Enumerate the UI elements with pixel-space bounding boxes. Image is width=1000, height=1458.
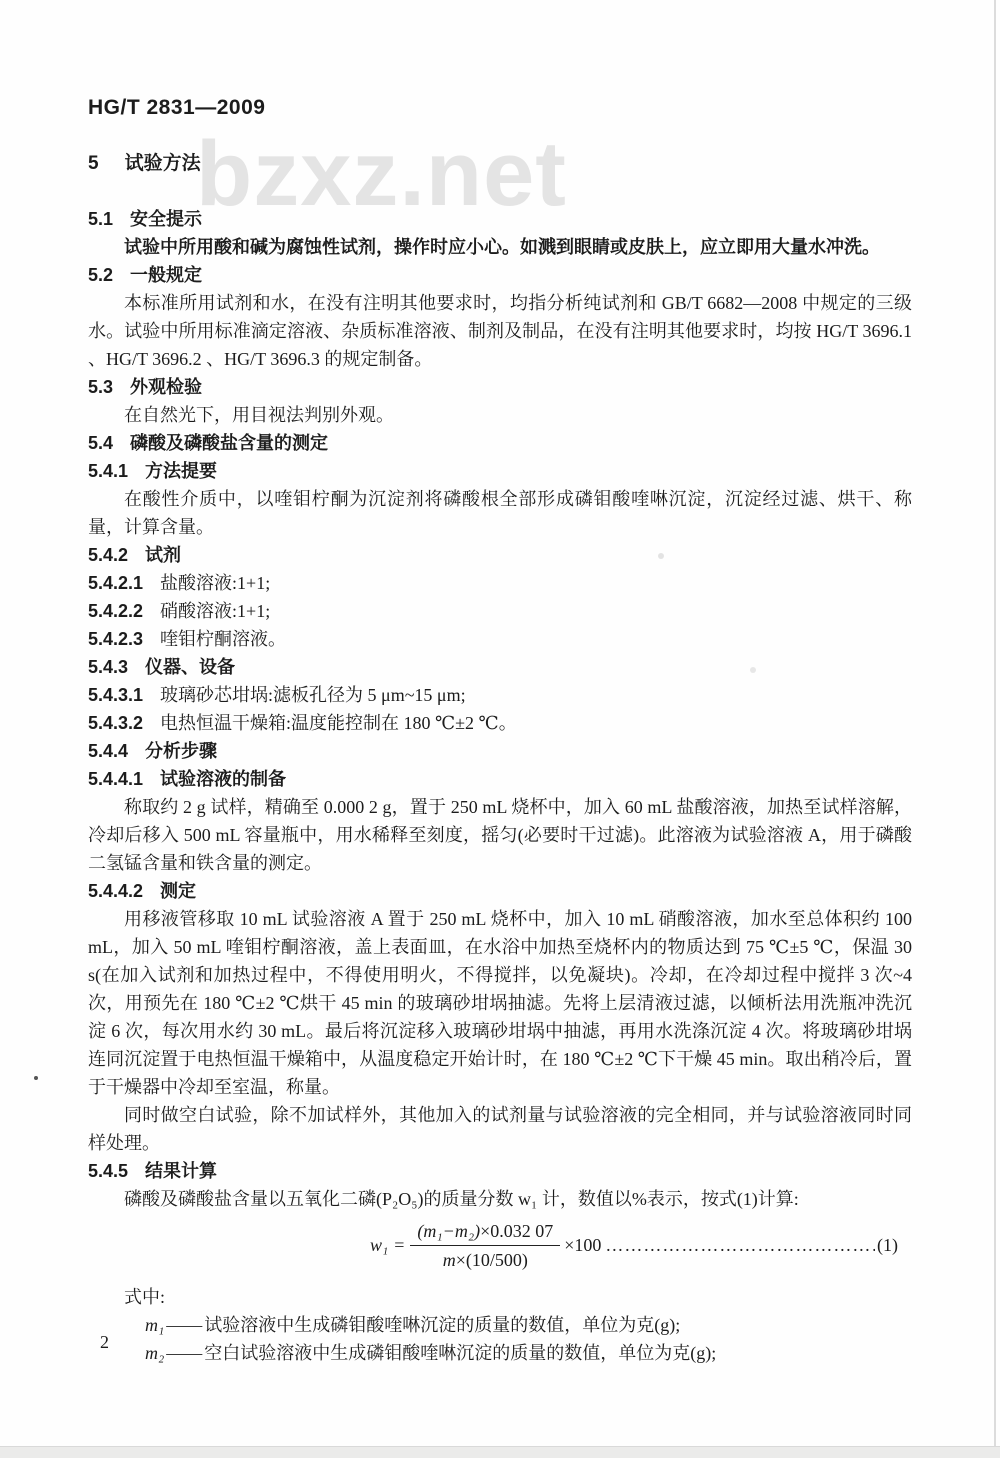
- formula-denominator: m×(10/500): [410, 1246, 560, 1271]
- clause-title: 试验方法: [125, 153, 201, 174]
- clause-5-4-3-1: 5.4.3.1玻璃砂芯坩埚:滤板孔径为 5 μm~15 μm;: [88, 681, 912, 709]
- heading-5-3: 5.3外观检验: [88, 373, 912, 401]
- document-page: bzxz.net HG/T 2831—2009 5试验方法 5.1安全提示 试验…: [0, 0, 1000, 1458]
- formula-numerator: (m₁−m₂)×0.032 07: [410, 1220, 560, 1246]
- paragraph-blank-test: 同时做空白试验，除不加试样外，其他加入的试剂量与试验溶液的完全相同，并与试验溶液…: [88, 1101, 912, 1157]
- formula-denominator-constant: ×(10/500): [456, 1250, 528, 1270]
- clause-title: 结果计算: [145, 1161, 217, 1181]
- paragraph-general-rules: 本标准所用试剂和水，在没有注明其他要求时，均指分析纯试剂和 GB/T 6682—…: [88, 289, 912, 373]
- clause-number: 5.3: [88, 377, 113, 397]
- paragraph-method-summary: 在酸性介质中，以喹钼柠酮为沉淀剂将磷酸根全部形成磷钼酸喹啉沉淀，沉淀经过滤、烘干…: [88, 485, 912, 541]
- formula-lhs: w₁: [370, 1235, 388, 1256]
- clause-number: 5.2: [88, 265, 113, 285]
- clause-number: 5.4.2.1: [88, 573, 143, 593]
- page-number: 2: [100, 1332, 109, 1353]
- clause-title: 分析步骤: [145, 741, 217, 761]
- formula-number: (1): [877, 1235, 912, 1256]
- definition-text: 空白试验溶液中生成磷钼酸喹啉沉淀的质量的数值，单位为克(g);: [204, 1343, 716, 1363]
- heading-5-4-4-2: 5.4.4.2测定: [88, 877, 912, 905]
- formula-1: w₁ = (m₁−m₂)×0.032 07 m×(10/500) ×100 ………: [88, 1220, 912, 1271]
- heading-5-4-4: 5.4.4分析步骤: [88, 737, 912, 765]
- definition-text: 试验溶液中生成磷钼酸喹啉沉淀的质量的数值，单位为克(g);: [204, 1315, 680, 1335]
- symbol-definition-m1: m₁——试验溶液中生成磷钼酸喹啉沉淀的质量的数值，单位为克(g);: [88, 1311, 912, 1339]
- scan-edge-bottom: [0, 1446, 1000, 1458]
- clause-number: 5.4.1: [88, 461, 128, 481]
- paragraph-result-calculation: 磷酸及磷酸盐含量以五氧化二磷(P₂O₅)的质量分数 w₁ 计，数值以%表示，按式…: [88, 1185, 912, 1213]
- paragraph-determination: 用移液管移取 10 mL 试验溶液 A 置于 250 mL 烧杯中，加入 10 …: [88, 905, 912, 1101]
- clause-title: 一般规定: [130, 265, 202, 285]
- clause-title: 试剂: [145, 545, 181, 565]
- clause-number: 5.4.3: [88, 657, 128, 677]
- clause-title: 试验溶液的制备: [160, 769, 286, 789]
- scan-speck: [34, 1076, 38, 1080]
- heading-5-4: 5.4磷酸及磷酸盐含量的测定: [88, 429, 912, 457]
- clause-number: 5.4.4.2: [88, 881, 143, 901]
- symbol-m1: m₁: [145, 1315, 164, 1335]
- scan-speck: [750, 667, 756, 673]
- scan-edge-right: [994, 0, 996, 1458]
- paragraph-where: 式中:: [88, 1283, 912, 1311]
- clause-title: 磷酸及磷酸盐含量的测定: [130, 433, 328, 453]
- clause-number: 5: [88, 153, 99, 174]
- clause-5-4-3-2: 5.4.3.2电热恒温干燥箱:温度能控制在 180 ℃±2 ℃。: [88, 709, 912, 737]
- formula-dot-leader: …………………………………………………………: [605, 1235, 875, 1256]
- clause-number: 5.4.2.2: [88, 601, 143, 621]
- formula-equals: =: [394, 1235, 404, 1256]
- clause-number: 5.4.4: [88, 741, 128, 761]
- clause-number: 5.4.4.1: [88, 769, 143, 789]
- formula-numerator-variables: (m₁−m₂): [417, 1221, 480, 1241]
- symbol-definition-m2: m₂——空白试验溶液中生成磷钼酸喹啉沉淀的质量的数值，单位为克(g);: [88, 1339, 912, 1367]
- clause-number: 5.4.5: [88, 1161, 128, 1181]
- clause-title: 测定: [160, 881, 196, 901]
- clause-number: 5.4.3.1: [88, 685, 143, 705]
- clause-title: 方法提要: [145, 461, 217, 481]
- clause-text: 喹钼柠酮溶液。: [160, 629, 286, 649]
- clause-text: 盐酸溶液:1+1;: [160, 573, 270, 593]
- clause-text: 电热恒温干燥箱:温度能控制在 180 ℃±2 ℃。: [160, 713, 517, 733]
- scan-speck: [658, 553, 664, 559]
- clause-number: 5.1: [88, 209, 113, 229]
- clause-number: 5.4.2.3: [88, 629, 143, 649]
- paragraph-appearance-test: 在自然光下，用目视法判别外观。: [88, 401, 912, 429]
- page-content: HG/T 2831—2009 5试验方法 5.1安全提示 试验中所用酸和碱为腐蚀…: [88, 96, 912, 1367]
- clause-text: 玻璃砂芯坩埚:滤板孔径为 5 μm~15 μm;: [160, 685, 466, 705]
- heading-5-4-1: 5.4.1方法提要: [88, 457, 912, 485]
- clause-number: 5.4.3.2: [88, 713, 143, 733]
- heading-5-4-2: 5.4.2试剂: [88, 541, 912, 569]
- heading-5-2: 5.2一般规定: [88, 261, 912, 289]
- definition-dash: ——: [166, 1315, 202, 1335]
- paragraph-safety-warning: 试验中所用酸和碱为腐蚀性试剂，操作时应小心。如溅到眼睛或皮肤上，应立即用大量水冲…: [88, 233, 912, 261]
- clause-number: 5.4: [88, 433, 113, 453]
- clause-5-4-2-2: 5.4.2.2硝酸溶液:1+1;: [88, 597, 912, 625]
- formula-denominator-variable: m: [443, 1250, 456, 1270]
- formula-times-100: ×100: [564, 1235, 601, 1256]
- formula-fraction: (m₁−m₂)×0.032 07 m×(10/500): [410, 1220, 560, 1271]
- heading-5-1: 5.1安全提示: [88, 205, 912, 233]
- paragraph-solution-preparation: 称取约 2 g 试样，精确至 0.000 2 g，置于 250 mL 烧杯中，加…: [88, 793, 912, 877]
- clause-5-4-2-3: 5.4.2.3喹钼柠酮溶液。: [88, 625, 912, 653]
- formula-numerator-constant: ×0.032 07: [480, 1221, 553, 1241]
- heading-5-4-5: 5.4.5结果计算: [88, 1157, 912, 1185]
- symbol-m2: m₂: [145, 1343, 164, 1363]
- clause-text: 硝酸溶液:1+1;: [160, 601, 270, 621]
- definition-dash: ——: [166, 1343, 202, 1363]
- clause-number: 5.4.2: [88, 545, 128, 565]
- clause-title: 外观检验: [130, 377, 202, 397]
- clause-5-4-2-1: 5.4.2.1盐酸溶液:1+1;: [88, 569, 912, 597]
- doc-number: HG/T 2831—2009: [88, 96, 912, 120]
- heading-5-4-3: 5.4.3仪器、设备: [88, 653, 912, 681]
- heading-5-4-4-1: 5.4.4.1试验溶液的制备: [88, 765, 912, 793]
- heading-5: 5试验方法: [88, 150, 912, 178]
- clause-title: 仪器、设备: [145, 657, 235, 677]
- clause-title: 安全提示: [130, 209, 202, 229]
